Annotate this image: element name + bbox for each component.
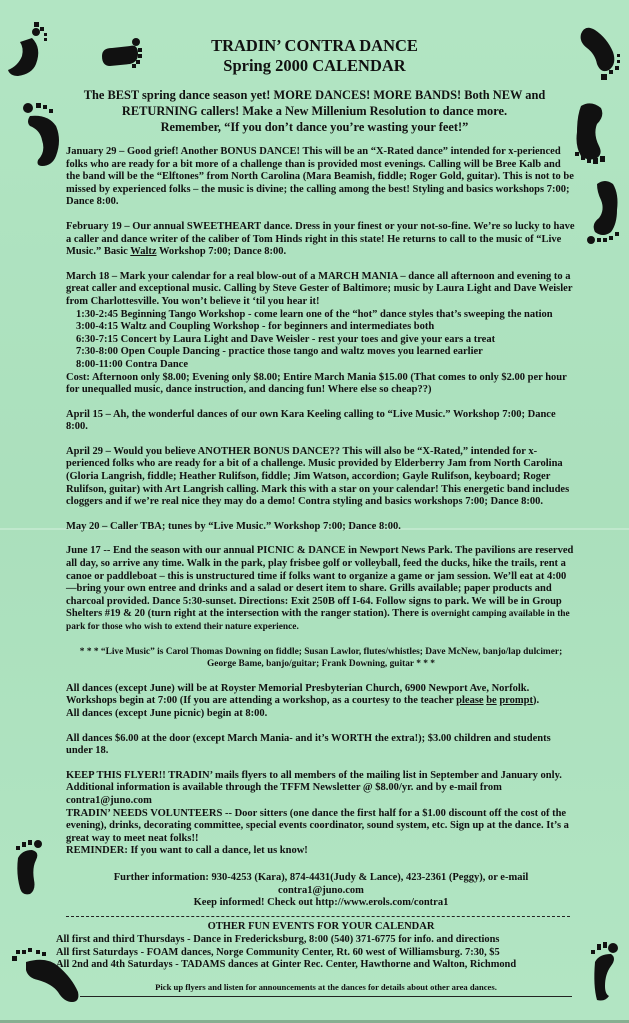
location-info: All dances (except June) will be at Roys… [66, 683, 576, 721]
live-music-roster: * * * “Live Music” is Carol Thomas Downi… [66, 646, 576, 671]
schedule-item: 3:00-4:15 Waltz and Coupling Workshop - … [66, 321, 576, 334]
event-january-29: January 29 – Good grief! Another BONUS D… [66, 146, 576, 209]
calendar-body: January 29 – Good grief! Another BONUS D… [66, 146, 576, 997]
volunteers-notice: TRADIN’ NEEDS VOLUNTEERS -- Door sitters… [66, 808, 576, 846]
footprint-icon [573, 100, 609, 172]
other-event-item: All first Saturdays - FOAM dances, Norge… [56, 947, 576, 959]
event-february-19: February 19 – Our annual SWEETHEART danc… [66, 221, 576, 259]
other-events-title: OTHER FUN EVENTS FOR YOUR CALENDAR [66, 921, 576, 934]
contact-email: contra1@juno.com [66, 885, 576, 898]
footer-note: Pick up flyers and listen for announceme… [80, 981, 572, 997]
intro-banner: The BEST spring dance season yet! MORE D… [60, 87, 569, 135]
event-june-17: June 17 -- End the season with our annua… [66, 545, 576, 633]
other-events-list: All first and third Thursdays - Dance in… [56, 934, 576, 971]
reminder-notice: REMINDER: If you want to call a dance, l… [66, 845, 576, 858]
contact-website: Keep informed! Check out http://www.erol… [66, 897, 576, 910]
schedule-item: 6:30-7:15 Concert by Laura Light and Dav… [66, 334, 576, 347]
schedule-item: 7:30-8:00 Open Couple Dancing - practice… [66, 346, 576, 359]
schedule-item: 1:30-2:45 Beginning Tango Workshop - com… [66, 309, 576, 322]
footprint-icon [22, 100, 64, 170]
footprint-icon [587, 178, 623, 248]
pricing-info: All dances $6.00 at the door (except Mar… [66, 733, 576, 758]
contact-info: Further information: 930-4253 (Kara), 87… [66, 872, 576, 910]
title-line-1: TRADIN’ CONTRA DANCE [0, 36, 629, 56]
event-april-29: April 29 – Would you believe ANOTHER BON… [66, 446, 576, 509]
event-april-15: April 15 – Ah, the wonderful dances of o… [66, 409, 576, 434]
keep-flyer-notice: KEEP THIS FLYER!! TRADIN’ mails flyers t… [66, 770, 576, 808]
event-may-20: May 20 – Caller TBA; tunes by “Live Musi… [66, 521, 576, 534]
intro-line-2: RETURNING callers! Make a New Millenium … [60, 103, 569, 119]
schedule-item: 8:00-11:00 Contra Dance [66, 359, 576, 372]
notices: KEEP THIS FLYER!! TRADIN’ mails flyers t… [66, 770, 576, 858]
other-event-item: All 2nd and 4th Saturdays - TADAMS dance… [56, 959, 576, 971]
march-cost: Cost: Afternoon only $8.00; Evening only… [66, 372, 576, 397]
flyer-title: TRADIN’ CONTRA DANCE Spring 2000 CALENDA… [0, 36, 629, 76]
footprint-icon [589, 936, 619, 1002]
other-event-item: All first and third Thursdays - Dance in… [56, 934, 576, 946]
dashed-divider [66, 916, 570, 917]
event-march-18: March 18 – Mark your calendar for a real… [66, 271, 576, 397]
march-intro: March 18 – Mark your calendar for a real… [66, 271, 576, 309]
intro-line-3: Remember, “If you don’t dance you’re was… [60, 119, 569, 135]
intro-line-1: The BEST spring dance season yet! MORE D… [60, 87, 569, 103]
title-line-2: Spring 2000 CALENDAR [0, 56, 629, 76]
march-schedule: 1:30-2:45 Beginning Tango Workshop - com… [66, 309, 576, 372]
footprint-icon [14, 836, 44, 896]
